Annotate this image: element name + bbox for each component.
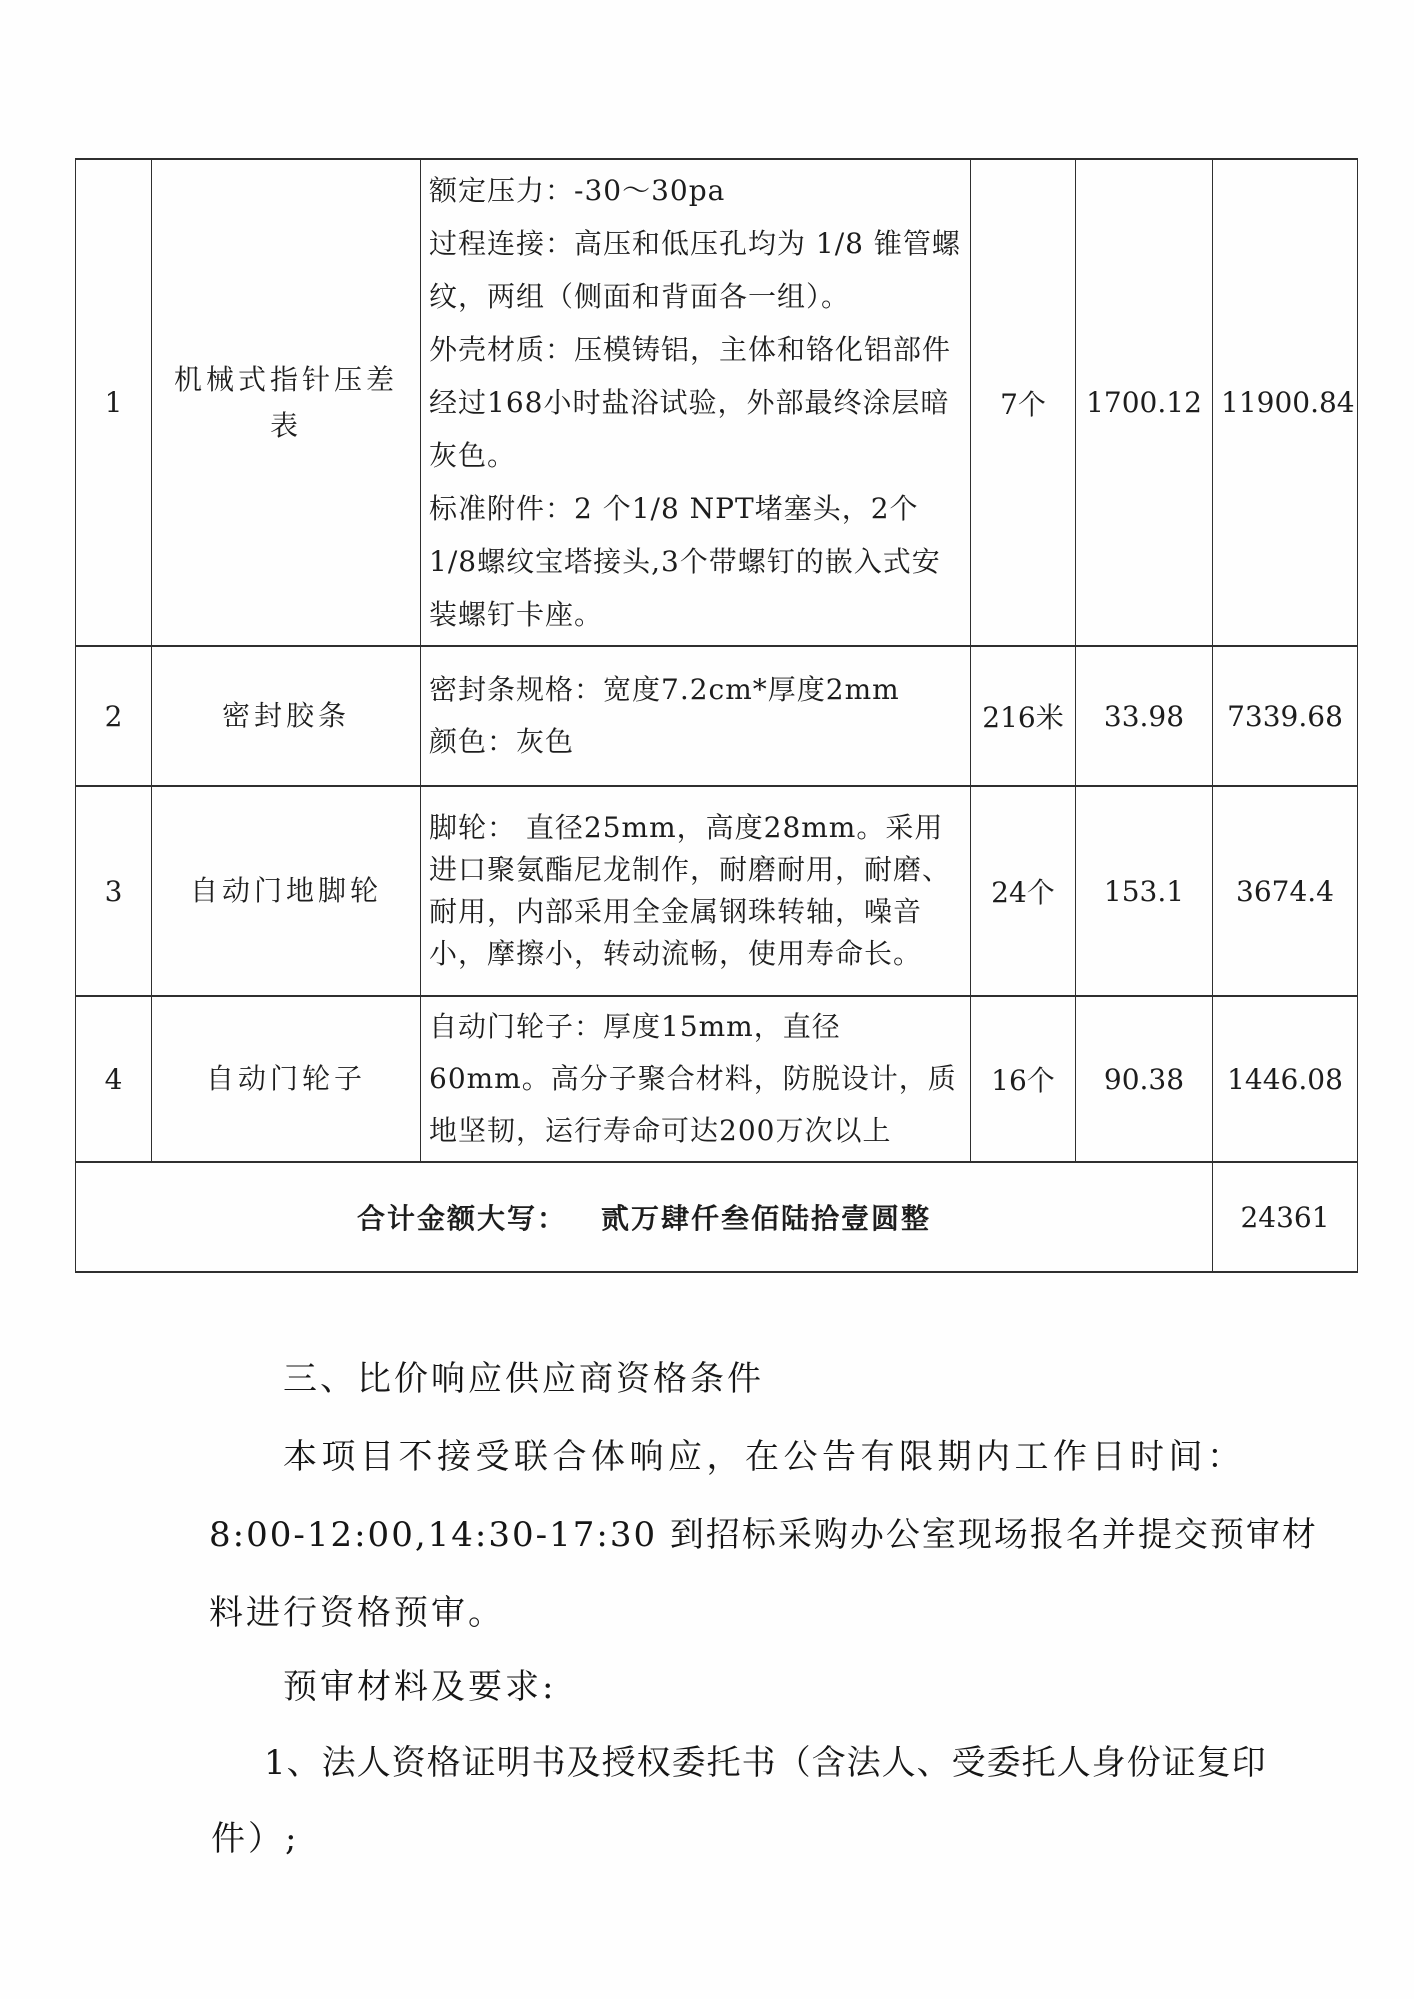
item-name-cell: 密封胶条 [152,646,421,786]
unit-price-cell: 90.38 [1076,996,1213,1162]
paragraph-line: 8:00-12:00,14:30-17:30 到招标采购办公室现场报名并提交预审… [209,1512,1318,1558]
spec-cell: 脚轮： 直径25mm，高度28mm。采用进口聚氨酯尼龙制作，耐磨耐用，耐磨、耐用… [421,786,971,996]
total-price-cell: 1446.08 [1213,996,1358,1162]
item-name-cell: 机械式指针压差表 [152,159,421,646]
summary-label: 合计金额大写： [357,1202,567,1235]
spec-cell: 密封条规格：宽度7.2cm*厚度2mm 颜色：灰色 [421,646,971,786]
document-page: 1 机械式指针压差表 额定压力：-30～30pa 过程连接：高压和低压孔均为 1… [0,0,1414,1999]
paragraph-line: 料进行资格预审。 [209,1590,505,1636]
summary-words: 贰万肆仟叁佰陆拾壹圆整 [601,1202,931,1235]
summary-row: 合计金额大写：贰万肆仟叁佰陆拾壹圆整 24361 [76,1162,1358,1272]
list-item-line: 1、法人资格证明书及授权委托书（含法人、受委托人身份证复印 [264,1740,1267,1786]
quantity-cell: 7个 [971,159,1076,646]
section-heading: 三、比价响应供应商资格条件 [283,1356,764,1402]
unit-price-cell: 1700.12 [1076,159,1213,646]
table-row: 1 机械式指针压差表 额定压力：-30～30pa 过程连接：高压和低压孔均为 1… [76,159,1358,646]
row-number-cell: 4 [76,996,152,1162]
row-number-cell: 2 [76,646,152,786]
paragraph-line: 本项目不接受联合体响应，在公告有限期内工作日时间： [283,1434,1246,1480]
quantity-cell: 216米 [971,646,1076,786]
spec-cell: 额定压力：-30～30pa 过程连接：高压和低压孔均为 1/8 锥管螺纹，两组（… [421,159,971,646]
unit-price-cell: 33.98 [1076,646,1213,786]
table-row: 3 自动门地脚轮 脚轮： 直径25mm，高度28mm。采用进口聚氨酯尼龙制作，耐… [76,786,1358,996]
row-number-cell: 3 [76,786,152,996]
summary-total-number: 24361 [1213,1162,1358,1272]
quantity-cell: 24个 [971,786,1076,996]
subsection-heading: 预审材料及要求: [283,1664,556,1710]
total-price-cell: 11900.84 [1213,159,1358,646]
table-row: 4 自动门轮子 自动门轮子：厚度15mm，直径60mm。高分子聚合材料，防脱设计… [76,996,1358,1162]
total-price-cell: 7339.68 [1213,646,1358,786]
item-name-cell: 自动门轮子 [152,996,421,1162]
total-price-cell: 3674.4 [1213,786,1358,996]
list-item-line: 件）; [211,1816,299,1862]
table-row: 2 密封胶条 密封条规格：宽度7.2cm*厚度2mm 颜色：灰色 216米 33… [76,646,1358,786]
item-name-cell: 自动门地脚轮 [152,786,421,996]
unit-price-cell: 153.1 [1076,786,1213,996]
row-number-cell: 1 [76,159,152,646]
spec-cell: 自动门轮子：厚度15mm，直径60mm。高分子聚合材料，防脱设计，质地坚韧，运行… [421,996,971,1162]
quantity-cell: 16个 [971,996,1076,1162]
summary-amount-in-words: 合计金额大写：贰万肆仟叁佰陆拾壹圆整 [76,1162,1213,1272]
quotation-table: 1 机械式指针压差表 额定压力：-30～30pa 过程连接：高压和低压孔均为 1… [75,158,1358,1273]
